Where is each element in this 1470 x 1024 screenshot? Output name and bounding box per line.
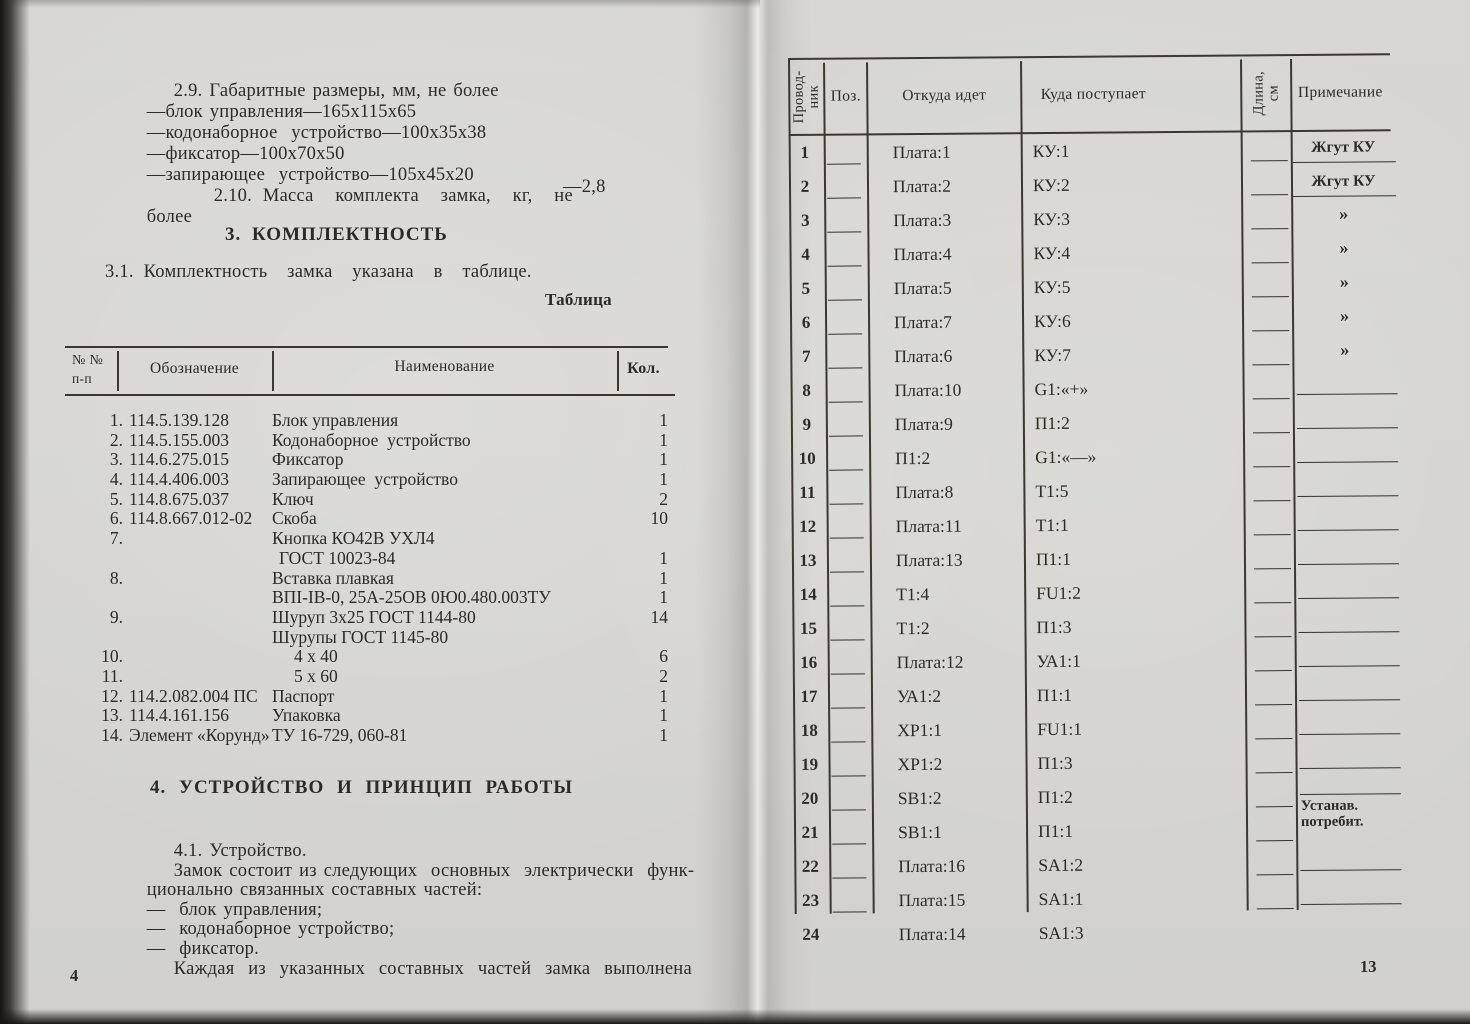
blank-line [831,707,865,708]
text-line: 2.9. Габаритные размеры, мм, не более [78,60,658,81]
note-cell [1297,478,1394,509]
to-cell: КУ:1 [1033,141,1070,162]
blank-line [1253,398,1290,399]
text-line-content: —блок управления—165х115х65 [147,102,416,122]
to-cell: КУ:4 [1033,243,1070,264]
length-cell [1256,853,1293,877]
from-cell: ХР1:1 [897,720,942,741]
row-number: 5. [65,489,123,510]
note-text: Жгут КУ [1295,172,1392,191]
table-row: 12 Плата:11 Т1:1 [792,507,1394,546]
length-cell [1254,615,1291,639]
table-row: 7. Кнопка КО42В УХЛ4 [65,528,668,548]
table-row: 5 Плата:5 КУ:5 » [790,269,1392,308]
table-row: 22 Плата:16 SA1:2 [794,847,1396,886]
qty-cell: 2 [618,489,668,510]
pos-cell [828,278,862,302]
blank-line [1256,874,1293,875]
name-cell: Упаковка [272,705,341,726]
blank-line [827,231,861,232]
section3-title: 3. КОМПЛЕКТНОСТЬ [225,224,448,246]
table-row: Шурупы ГОСТ 1145-80 [65,627,668,647]
note-cell [1298,580,1395,611]
text-line-content: ционально связанных составных частей: [147,880,483,900]
col-header-name: Наименование [272,358,617,376]
note-text: » [1295,206,1392,221]
blank-line [1251,228,1288,229]
note-text: » [1296,274,1393,289]
length-cell [1256,785,1293,809]
designation-cell: 114.8.667.012-02 [129,508,252,529]
pos-cell [830,550,864,574]
to-cell: FU1:1 [1037,719,1082,740]
pos-cell [833,890,867,914]
col-header-pos: Поз. [823,57,869,134]
note-text: » [1296,342,1393,357]
length-cell [1255,717,1292,741]
note-cell [1297,376,1394,407]
table-row: 1 Плата:1 КУ:1 Жгут КУ [789,133,1391,172]
length-cell [1255,751,1292,775]
page-number-left: 4 [70,966,78,986]
row-number: 10. [65,646,123,667]
pos-cell [830,618,864,642]
table-row: 11 Плата:8 Т1:5 [791,473,1393,512]
length-cell [1257,887,1294,911]
name-cell: ГОСТ 10023-84 [279,548,395,569]
to-cell: SA1:2 [1038,855,1083,876]
pos-cell [831,720,865,744]
name-cell: 4 х 40 [294,646,338,667]
blank-line [1257,908,1294,909]
note-text: » [1296,308,1393,323]
pos-cell [831,652,865,676]
from-cell: Плата:12 [897,652,964,674]
table-row: 10 П1:2 G1:«—» [791,439,1393,478]
to-cell: FU1:2 [1036,583,1081,604]
col-header-note: Примечание [1290,53,1391,131]
qty-cell: 10 [618,508,668,529]
from-cell: Плата:8 [895,482,953,503]
blank-line [831,673,865,674]
length-cell [1251,139,1288,163]
pos-cell [827,244,861,268]
from-cell: Плата:5 [894,278,952,299]
from-cell: Плата:11 [896,516,962,538]
blank-line [1252,330,1289,331]
col-header-qty: Кол. [619,360,668,378]
note-cell [1298,512,1395,543]
from-cell: Плата:3 [893,210,951,231]
length-cell [1256,819,1293,843]
from-cell: П1:2 [895,448,930,469]
table-row: 23 Плата:15 SA1:1 [795,881,1397,920]
text-line-content: — кодонаборное устройство; [147,919,395,939]
to-cell: G1:«—» [1035,447,1096,468]
qty-cell: 1 [618,430,668,451]
pos-cell [829,482,863,506]
name-cell: ТУ 16-729, 060-81 [272,725,407,746]
blank-line [830,503,864,504]
to-cell: П1:3 [1037,753,1072,774]
note-cell: » [1296,274,1393,305]
blank-line [831,639,865,640]
text-line-content: Каждая из указанных составных частей зам… [174,959,692,979]
row-number: 11. [65,666,123,687]
name-cell: ВПI-IВ-0, 25А-25ОВ 0Ю0.480.003ТУ [272,587,551,608]
to-cell: П1:1 [1038,821,1073,842]
blank-line [829,469,863,470]
to-cell: КУ:2 [1033,175,1070,196]
wiring-table-body: 1 Плата:1 КУ:1 Жгут КУ 2 Плата:2 КУ:2 Жг… [789,133,1397,954]
pos-cell [829,448,863,472]
designation-cell: Элемент «Корунд» [129,725,270,746]
length-cell [1254,581,1291,605]
blank-line [832,775,866,776]
text-line-content: — фиксатор. [147,939,259,959]
from-cell: Плата:6 [894,346,952,367]
parts-table-body: 1. 114.5.139.128 Блок управления 1 2. 11… [65,410,668,745]
pos-cell [828,312,862,336]
table-row: 17 УА1:2 П1:1 [793,677,1395,716]
page-number-right: 13 [1360,957,1377,977]
length-cell [1253,411,1290,435]
blank-line [1254,534,1291,535]
name-cell: Скоба [272,508,317,529]
note-cell: » [1296,308,1393,339]
table-caption: Таблица [545,290,612,310]
table-row: 9 Плата:9 П1:2 [791,405,1393,444]
table-row: 9. Шуруп 3х25 ГОСТ 1144-80 14 [65,607,668,627]
blank-line [1256,806,1293,807]
text-line-content: —запирающее устройство—105х45х20 [147,165,474,185]
note-text: Устанав. [1301,798,1358,815]
pos-cell [827,210,861,234]
para-3-1: 3.1. Комплектность замка указана в табли… [105,262,532,283]
qty-cell: 1 [618,449,668,470]
to-cell: G1:«+» [1035,379,1089,400]
blank-line [1256,772,1293,773]
qty-cell: 6 [618,646,668,667]
pos-cell [832,856,866,880]
blank-line [830,571,864,572]
to-cell: Т1:1 [1036,515,1069,536]
pos-cell [827,142,861,166]
note-cell [1297,444,1394,475]
table-row: 12. 114.2.082.004 ПС Паспорт 1 [65,686,668,706]
to-cell: КУ:7 [1034,345,1071,366]
table-row: 19 ХР1:2 П1:3 [793,745,1395,784]
from-cell: Т1:4 [896,584,929,605]
to-cell: П1:3 [1036,617,1071,638]
to-cell: П1:1 [1037,685,1072,706]
table-row: 8. Вставка плавкая 1 [65,568,668,588]
length-cell [1257,921,1294,945]
row-number: 3. [65,449,123,470]
qty-cell: 1 [618,469,668,490]
note-cell: Жгут КУ [1295,138,1392,169]
to-cell: П1:1 [1036,549,1071,570]
note-cell [1298,614,1395,645]
row-number: 14. [65,725,123,746]
col-header-length: Длина, см [1240,54,1293,131]
table-row: 10. 4 х 40 6 [65,646,668,666]
designation-cell: 114.5.155.003 [129,430,229,451]
blank-line [828,265,862,266]
from-cell: Плата:15 [899,890,966,912]
note-cell: Жгут КУ [1295,172,1392,203]
qty-cell: 1 [618,568,668,589]
from-cell: Плата:13 [896,550,963,572]
from-cell: Плата:4 [893,244,951,265]
blank-line [1253,432,1290,433]
blank-line [1255,738,1292,739]
note-cell [1299,716,1396,747]
length-cell [1253,445,1290,469]
to-cell: SA1:1 [1039,889,1084,910]
table-row: 15 Т1:2 П1:3 [792,609,1394,648]
designation-cell: 114.8.675.037 [129,489,229,510]
blank-line [833,911,867,912]
text-line-content: —фиксатор—100х70х50 [147,144,345,164]
name-cell: Шурупы ГОСТ 1145-80 [272,627,448,648]
pos-cell [828,346,862,370]
table-row: 2. 114.5.155.003 Кодонаборное устройство… [65,430,668,450]
text-line-content: —кодонаборное устройство—100х35х38 [147,123,487,143]
note-cell [1299,648,1396,679]
to-cell: КУ:6 [1034,311,1071,332]
device-paragraph: 4.1. Устройство. Замок состоит из следую… [78,820,678,957]
from-cell: Т1:2 [896,618,929,639]
length-cell [1252,275,1289,299]
scan-edge-top [0,0,760,8]
table-row: 4 Плата:4 КУ:4 » [789,235,1391,274]
note-cell [1299,750,1396,781]
blank-line [832,843,866,844]
table-row: ВПI-IВ-0, 25А-25ОВ 0Ю0.480.003ТУ 1 [65,587,668,607]
pos-cell [833,924,867,948]
note-cell [1297,410,1394,441]
designation-cell: 114.2.082.004 ПС [129,686,258,707]
blank-line [827,197,861,198]
note-cell: » [1295,240,1392,271]
table-row: 14. Элемент «Корунд» ТУ 16-729, 060-81 1 [65,725,668,745]
to-cell: УА1:1 [1037,651,1081,672]
scan-edge-bottom [0,1009,1470,1024]
pos-cell [829,380,863,404]
row-number: 12. [65,686,123,707]
note-cell [1300,852,1397,883]
from-cell: SB1:1 [898,822,942,843]
note-text: потребит. [1301,814,1364,831]
row-number: 6. [65,508,123,529]
qty-cell: 1 [618,705,668,726]
blank-line [829,401,863,402]
table-row: 1. 114.5.139.128 Блок управления 1 [65,410,668,430]
qty-cell: 1 [618,686,668,707]
qty-cell: 2 [618,666,668,687]
name-cell: 5 х 60 [294,666,338,687]
blank-line [829,435,863,436]
row-number: 8. [65,568,123,589]
col-header-to: Куда поступает [982,55,1205,134]
scan-edge-left [0,0,30,1024]
row-number: 9. [65,607,123,628]
length-cell [1251,173,1288,197]
text-line-content: более [147,207,192,227]
to-cell: П1:2 [1035,413,1070,434]
table-row: 20 SB1:2 П1:2 Устанав. [794,779,1396,818]
text-line-content: 2.10. Масса комплекта замка, кг, не [214,186,573,206]
note-cell: » [1296,342,1393,373]
row-number: 13. [65,705,123,726]
table-row: 18 ХР1:1 FU1:1 [793,711,1395,750]
table-row: 11. 5 х 60 2 [65,666,668,686]
to-cell: SA1:3 [1039,923,1084,944]
text-line-content: Замок состоит из следующих основных элек… [174,861,695,881]
blank-line [1255,704,1292,705]
name-cell: Фиксатор [272,449,343,470]
table-row: 13 Плата:13 П1:1 [792,541,1394,580]
wiring-table: Провод- ник Поз. Откуда идет Куда поступ… [788,53,1397,958]
table-row: 14 Т1:4 FU1:2 [792,575,1394,614]
to-cell: КУ:5 [1034,277,1071,298]
length-cell [1255,683,1292,707]
col-header-number: № № [72,353,103,369]
table-row: 16 Плата:12 УА1:1 [793,643,1395,682]
qty-cell: 14 [618,607,668,628]
table-row: 3. 114.6.275.015 Фиксатор 1 [65,449,668,469]
length-cell [1252,343,1289,367]
length-cell [1253,479,1290,503]
length-cell [1252,309,1289,333]
row-number: 2. [65,430,123,451]
blank-line [832,809,866,810]
qty-cell: 1 [618,410,668,431]
length-cell [1254,513,1291,537]
from-cell: Плата:16 [898,856,965,878]
name-cell: Паспорт [272,686,334,707]
pos-cell [827,176,861,200]
text-line: 4.1. Устройство. [78,820,678,840]
table-row: 13. 114.4.161.156 Упаковка 1 [65,705,668,725]
note-cell: » [1295,206,1392,237]
name-cell: Вставка плавкая [272,568,394,589]
blank-line [828,367,862,368]
note-cell [1299,682,1396,713]
blank-line [828,299,862,300]
from-cell: Плата:1 [893,142,951,163]
from-cell: ХР1:2 [897,754,942,775]
from-cell: Плата:9 [895,414,953,435]
from-cell: УА1:2 [897,686,941,707]
table-row: ГОСТ 10023-84 1 [65,548,668,568]
table-row: 21 SB1:1 П1:1 потребит. [794,813,1396,852]
qty-cell: 1 [618,725,668,746]
blank-line [827,163,861,164]
pos-cell [830,584,864,608]
blank-line [830,537,864,538]
page-fold-shadow [696,0,812,1024]
row-number: 1. [65,410,123,431]
blank-line [828,333,862,334]
pos-cell [832,822,866,846]
pos-cell [831,686,865,710]
col-header-designation: Обозначение [117,360,272,378]
designation-cell: 114.4.406.003 [129,469,229,490]
length-cell [1254,547,1291,571]
from-cell: Плата:2 [893,176,951,197]
table-row: 5. 114.8.675.037 Ключ 2 [65,489,668,509]
name-cell: Шуруп 3х25 ГОСТ 1144-80 [272,607,476,628]
blank-line [1256,840,1293,841]
blank-line [1253,500,1290,501]
designation-cell: 114.5.139.128 [129,410,229,431]
note-text: » [1295,240,1392,255]
pos-cell [829,414,863,438]
mass-value: —2,8 [563,177,606,198]
row-number: 4. [65,469,123,490]
blank-line [1252,262,1289,263]
blank-line [1252,364,1289,365]
table-row: 4. 114.4.406.003 Запирающее устройство 1 [65,469,668,489]
to-cell: Т1:5 [1035,481,1068,502]
blank-line [1254,568,1291,569]
table-row: 6 Плата:7 КУ:6 » [790,303,1392,342]
table-row: 2 Плата:2 КУ:2 Жгут КУ [789,167,1391,206]
name-cell: Блок управления [272,410,398,431]
blank-line [832,877,866,878]
note-cell [1301,920,1398,951]
length-cell [1253,377,1290,401]
text-line-content: 2.9. Габаритные размеры, мм, не более [174,81,499,101]
note-cell: потребит. [1300,818,1397,849]
blank-line [1254,602,1291,603]
col-header-number2: п-п [72,371,92,387]
name-cell: Ключ [272,489,314,510]
note-cell [1298,546,1395,577]
designation-cell: 114.6.275.015 [129,449,229,470]
from-cell: SB1:2 [898,788,942,809]
name-cell: Запирающее устройство [272,469,458,490]
length-cell [1255,649,1292,673]
blank-line [830,605,864,606]
from-cell: Плата:10 [895,380,962,402]
from-cell: Плата:7 [894,312,952,333]
length-cell [1251,241,1288,265]
blank-line [1252,296,1289,297]
name-cell: Кодонаборное устройство [272,430,471,451]
qty-cell: 1 [618,587,668,608]
pos-cell [831,754,865,778]
name-cell: Кнопка КО42В УХЛ4 [272,528,435,549]
to-cell: П1:2 [1038,787,1073,808]
blank-line [1251,160,1288,161]
qty-cell: 1 [618,548,668,569]
row-number: 7. [65,528,123,549]
note-cell [1301,886,1398,917]
to-cell: КУ:3 [1033,209,1070,230]
from-cell: Плата:14 [899,924,966,946]
scanned-manual-spread: 2.9. Габаритные размеры, мм, не более —б… [0,0,1470,1024]
note-text: Жгут КУ [1295,138,1392,157]
blank-line [1253,466,1290,467]
pos-cell [832,788,866,812]
text-line-content: 4.1. Устройство. [174,841,307,861]
note-cell: Устанав. [1300,784,1397,815]
table-row: 7 Плата:6 КУ:7 » [790,337,1392,376]
table-row: 24 Плата:14 SA1:3 [795,915,1397,954]
